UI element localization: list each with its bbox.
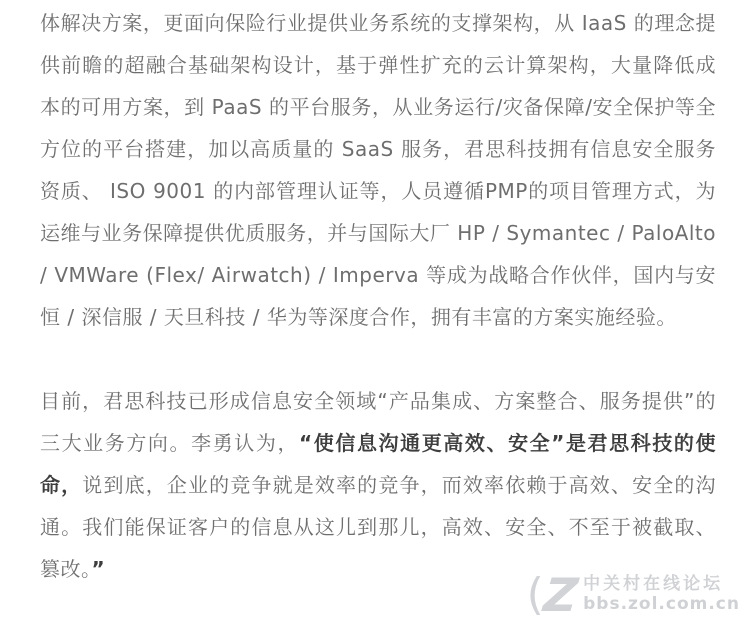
text-run: 体解决方案，更面向保险行业提供业务系统的支撑架构，从 IaaS 的理念提供前瞻的…	[40, 11, 716, 329]
text-run: 说到底，企业的竞争就是效率的竞争，而效率依赖于高效、安全的沟通。我们能保证客户的…	[40, 473, 716, 581]
paragraph-business-direction: 目前，君思科技已形成信息安全领域“产品集成、方案整合、服务提供”的三大业务方向。…	[40, 380, 716, 590]
article-body: 体解决方案，更面向保险行业提供业务系统的支撑架构，从 IaaS 的理念提供前瞻的…	[0, 0, 756, 590]
paragraph-company-intro: 体解决方案，更面向保险行业提供业务系统的支撑架构，从 IaaS 的理念提供前瞻的…	[40, 2, 716, 338]
watermark-site-url: bbs.zol.com.cn	[583, 595, 740, 615]
article-page: 体解决方案，更面向保险行业提供业务系统的支撑架构，从 IaaS 的理念提供前瞻的…	[0, 0, 756, 634]
bold-closing-quote-run: ”	[92, 557, 106, 581]
